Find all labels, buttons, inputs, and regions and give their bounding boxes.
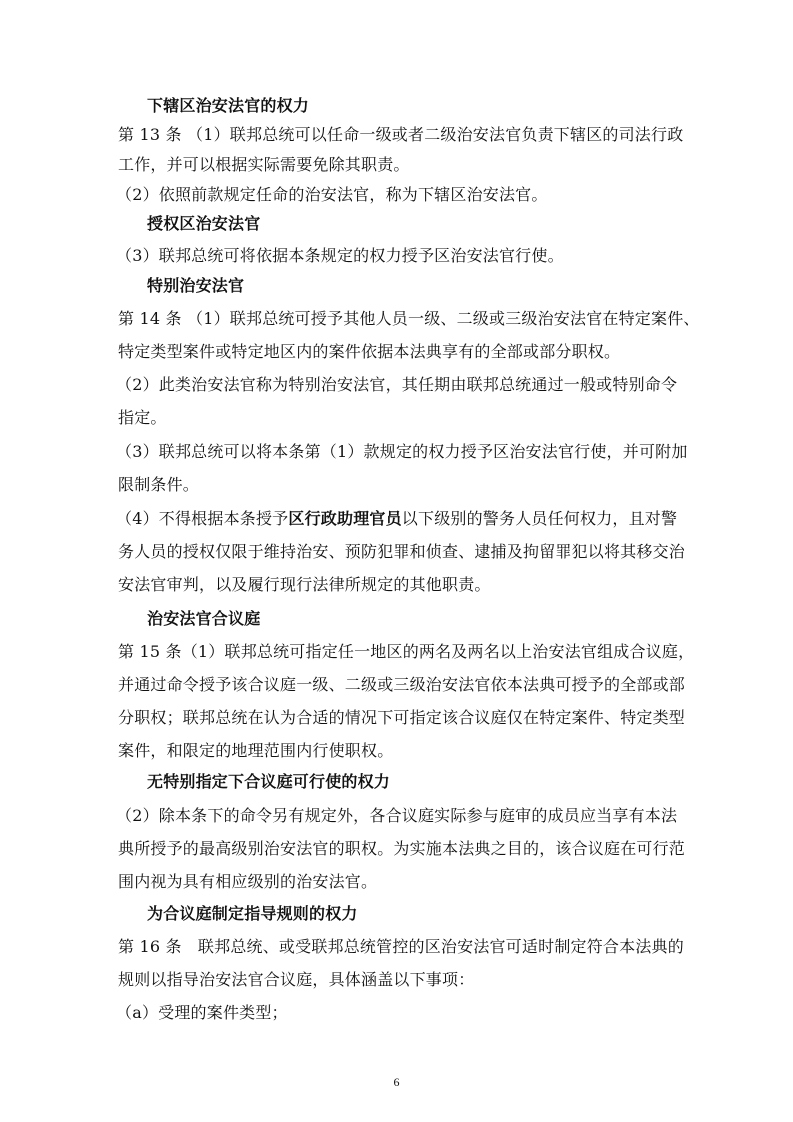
section-heading: 授权区治安法官 <box>147 214 260 234</box>
article-13-text: 工作，并可以根据实际需要免除其职责。 <box>118 155 410 175</box>
article-14-clause-4: （4）不得根据本条授予区行政助理官员以下级别的警务人员任何权力，且对警 <box>116 509 677 529</box>
article-16-text: 第 16 条 联邦总统、或受联邦总统管控的区治安法官可适时制定符合本法典的 <box>118 937 684 957</box>
article-14-text: 第 14 条 （1）联邦总统可授予其他人员一级、二级或三级治安法官在特定案件、 <box>118 309 700 329</box>
page-number: 6 <box>0 1075 793 1090</box>
section-heading: 为合议庭制定指导规则的权力 <box>147 904 358 924</box>
article-14-clause-4: 安法官审判，以及履行现行法律所规定的其他职责。 <box>118 575 491 595</box>
article-13-text: 第 13 条 （1）联邦总统可以任命一级或者二级治安法官负责下辖区的司法行政 <box>118 125 683 145</box>
article-13-clause-2: （2）依照前款规定任命的治安法官，称为下辖区治安法官。 <box>116 185 548 205</box>
section-heading: 无特别指定下合议庭可行使的权力 <box>147 772 390 792</box>
section-heading: 下辖区治安法官的权力 <box>147 96 309 116</box>
article-14-clause-2: 指定。 <box>118 408 167 428</box>
article-15-clause-2: （2）除本条下的命令另有规定外，各合议庭实际参与庭审的成员应当享有本法 <box>116 806 677 826</box>
article-15-text: 并通过命令授予该合议庭一级、二级或三级治安法官依本法典可授予的全部或部 <box>118 675 685 695</box>
section-heading: 特别治安法官 <box>147 276 244 296</box>
article-15-text: 案件，和限定的地理范围内行使职权。 <box>118 741 393 761</box>
article-14-clause-3: 限制条件。 <box>118 475 199 495</box>
clause-text: 以下级别的警务人员任何权力，且对警 <box>402 509 677 528</box>
article-14-clause-4: 务人员的授权仅限于维持治安、预防犯罪和侦查、逮捕及拘留罪犯以将其移交治 <box>118 542 685 562</box>
section-heading: 治安法官合议庭 <box>147 609 260 629</box>
article-14-clause-2: （2）此类治安法官称为特别治安法官，其任期由联邦总统通过一般或特别命令 <box>116 375 677 395</box>
article-15-text: 分职权；联邦总统在认为合适的情况下可指定该合议庭仅在特定案件、特定类型 <box>118 708 685 728</box>
article-16-text: 规则以指导治安法官合议庭，具体涵盖以下事项： <box>118 970 474 990</box>
article-15-clause-2: 典所授予的最高级别治安法官的职权。为实施本法典之目的，该合议庭在可行范 <box>118 839 685 859</box>
clause-text: （4）不得根据本条授予 <box>116 509 288 528</box>
bold-term: 区行政助理官员 <box>288 509 401 528</box>
article-16-item-a: （a）受理的案件类型； <box>116 1003 288 1023</box>
article-14-text: 特定类型案件或特定地区内的案件依据本法典享有的全部或部分职权。 <box>118 342 620 362</box>
article-15-text: 第 15 条（1）联邦总统可指定任一地区的两名及两名以上治安法官组成合议庭， <box>118 642 694 662</box>
article-13-clause-3: （3）联邦总统可将依据本条规定的权力授予区治安法官行使。 <box>116 246 564 266</box>
article-15-clause-2: 围内视为具有相应级别的治安法官。 <box>118 872 377 892</box>
article-14-clause-3: （3）联邦总统可以将本条第（1）款规定的权力授予区治安法官行使，并可附加 <box>116 442 688 462</box>
